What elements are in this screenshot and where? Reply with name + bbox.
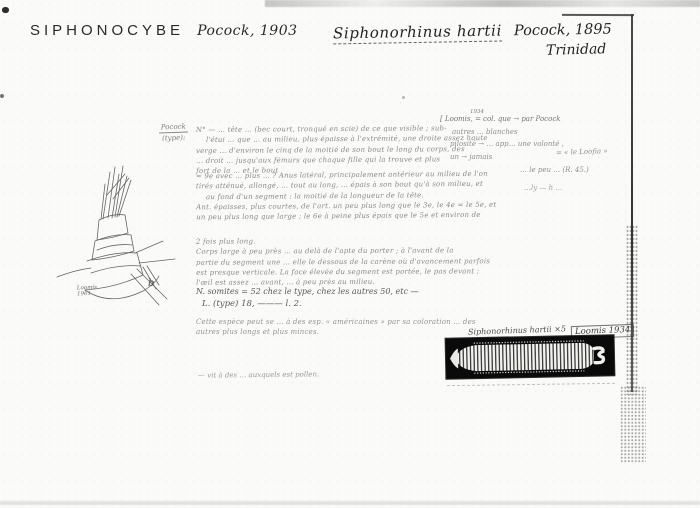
antenna-sketch-drawing bbox=[55, 163, 190, 313]
hw-line: autres plus longs et plus minces. bbox=[196, 327, 476, 337]
sketch-label-b: b bbox=[148, 278, 154, 289]
hw-line: un peu plus long que large ; le 6e à pei… bbox=[196, 210, 496, 223]
genus-header: SIPHONOCYBE Pocock, 1903 bbox=[30, 20, 298, 39]
side-note-line: un → jamais bbox=[450, 153, 492, 161]
genus-author: Pocock, 1903 bbox=[197, 23, 297, 39]
photo-underline bbox=[447, 383, 615, 386]
antenna-sketch bbox=[55, 163, 190, 313]
hw-line: Cette espèce peut se … à des esp. « amér… bbox=[196, 317, 476, 327]
measurements: N. somites = 52 chez le type, chez les a… bbox=[196, 286, 419, 310]
side-note-line: = « le Loofia » bbox=[556, 147, 608, 157]
side-note-line: … le peu … (R. 45.) bbox=[520, 166, 589, 174]
scan-noise-bottom-band bbox=[0, 501, 700, 505]
margin-note: Pocock (type): bbox=[159, 123, 189, 143]
scanned-note-card: SIPHONOCYBE Pocock, 1903 Siphonorhinus h… bbox=[0, 0, 700, 508]
sketch-signature: Loomis 1961 bbox=[77, 285, 97, 298]
scan-dot-mid bbox=[402, 96, 405, 99]
photo-caption: Siphonorhinus hartii ×5 bbox=[468, 324, 566, 336]
body-paragraph-3: 2 fois plus long. Corps large à peu près… bbox=[196, 235, 490, 288]
scan-noise-top-band bbox=[265, 0, 700, 7]
length-measurement: L. (type) 18, ——— l. 2. bbox=[196, 298, 419, 310]
scan-mark-top-left bbox=[2, 7, 9, 13]
body-paragraph-4: Cette espèce peut se … à des esp. « amér… bbox=[196, 317, 476, 338]
side-note-line: pilosité → … app… une volonté , bbox=[450, 140, 564, 148]
margin-note-bottom: (type): bbox=[159, 132, 188, 142]
footnote: — vit à des … auxquels est pollen. bbox=[198, 370, 319, 379]
species-author: Pocock, 1895 bbox=[514, 22, 612, 40]
body-paragraph-2: ≈ 9e avec … plus … ? Anus latéral, princ… bbox=[196, 169, 497, 223]
hw-line: est presque verticale. La face élevée du… bbox=[196, 266, 490, 278]
scan-smudge-right bbox=[620, 386, 646, 462]
scan-dot-left bbox=[0, 94, 4, 98]
millipede-image bbox=[446, 335, 615, 379]
specimen-photo bbox=[446, 335, 615, 379]
genus-name: SIPHONOCYBE bbox=[30, 22, 184, 39]
species-name: Siphonorhinus hartii bbox=[333, 21, 502, 44]
sketch-signature-year: 1961 bbox=[77, 291, 97, 298]
card-edge-grain bbox=[626, 225, 638, 395]
side-note-line: …ly — h … bbox=[524, 184, 562, 192]
species-header: Siphonorhinus hartii Pocock, 1895 bbox=[333, 19, 612, 43]
somite-count: N. somites = 52 chez le type, chez les a… bbox=[196, 286, 419, 298]
side-note-line: [ Loomis, = col. que → par Pocock bbox=[440, 115, 560, 123]
side-note-line: autres … blanches bbox=[452, 128, 518, 136]
locality-label: Trinidad bbox=[546, 41, 607, 59]
card-edge-top-line bbox=[562, 14, 634, 16]
